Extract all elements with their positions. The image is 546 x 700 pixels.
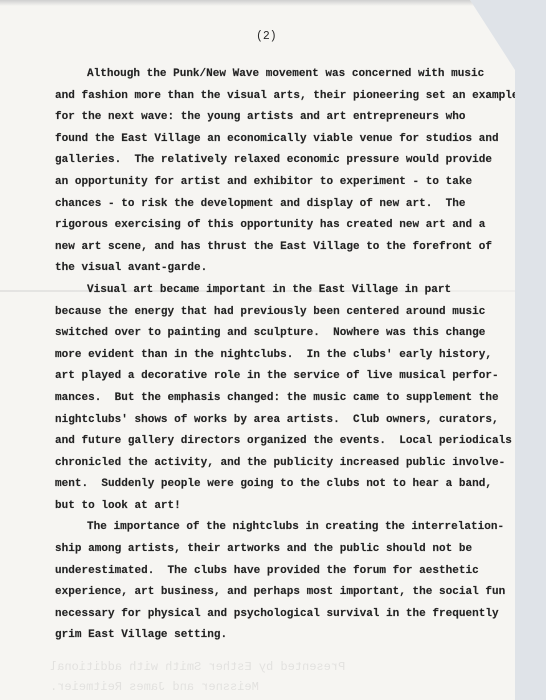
bleed-through-text: Presented by Esther Smith with additiona…: [50, 660, 345, 674]
paragraph-line: ment. Suddenly people were going to the …: [55, 474, 515, 496]
paragraph-line: new art scene, and has thrust the East V…: [55, 237, 515, 259]
paragraph-line: but to look at art!: [55, 496, 515, 518]
paragraph-first-line: Although the Punk/New Wave movement was …: [55, 64, 515, 86]
paragraph-line: experience, art business, and perhaps mo…: [55, 582, 515, 604]
paragraph-line: switched over to painting and sculpture.…: [55, 323, 515, 345]
paragraph-line: and future gallery directors organized t…: [55, 431, 515, 453]
paragraph-line: found the East Village an economically v…: [55, 129, 515, 151]
paragraph-line: art played a decorative role in the serv…: [55, 366, 515, 388]
paragraph-line: more evident than in the nightclubs. In …: [55, 345, 515, 367]
page-number: (2): [256, 30, 277, 43]
document-page: Presented by Esther Smith with additiona…: [0, 0, 515, 700]
paragraph-line: an opportunity for artist and exhibitor …: [55, 172, 515, 194]
paragraph-line: for the next wave: the young artists and…: [55, 107, 515, 129]
paragraph-line: nightclubs' shows of works by area artis…: [55, 410, 515, 432]
bleed-through-text: Meissner and James Reitmeier.: [50, 680, 259, 694]
paragraph-first-line: The importance of the nightclubs in crea…: [55, 517, 515, 539]
paragraph-line: rigorous exercising of this opportunity …: [55, 215, 515, 237]
paragraph-line: underestimated. The clubs have provided …: [55, 561, 515, 583]
paragraph-line: and fashion more than the visual arts, t…: [55, 86, 515, 108]
paragraph-first-line: Visual art became important in the East …: [55, 280, 515, 302]
paragraph-line: because the energy that had previously b…: [55, 302, 515, 324]
paragraph-line: the visual avant-garde.: [55, 258, 515, 280]
paragraph-line: chances - to risk the development and di…: [55, 194, 515, 216]
body-text: Although the Punk/New Wave movement was …: [55, 64, 515, 647]
paragraph-line: grim East Village setting.: [55, 625, 515, 647]
paragraph-line: galleries. The relatively relaxed econom…: [55, 150, 515, 172]
paragraph-line: ship among artists, their artworks and t…: [55, 539, 515, 561]
paragraph-line: mances. But the emphasis changed: the mu…: [55, 388, 515, 410]
paragraph-line: chronicled the activity, and the publici…: [55, 453, 515, 475]
paragraph-line: necessary for physical and psychological…: [55, 604, 515, 626]
